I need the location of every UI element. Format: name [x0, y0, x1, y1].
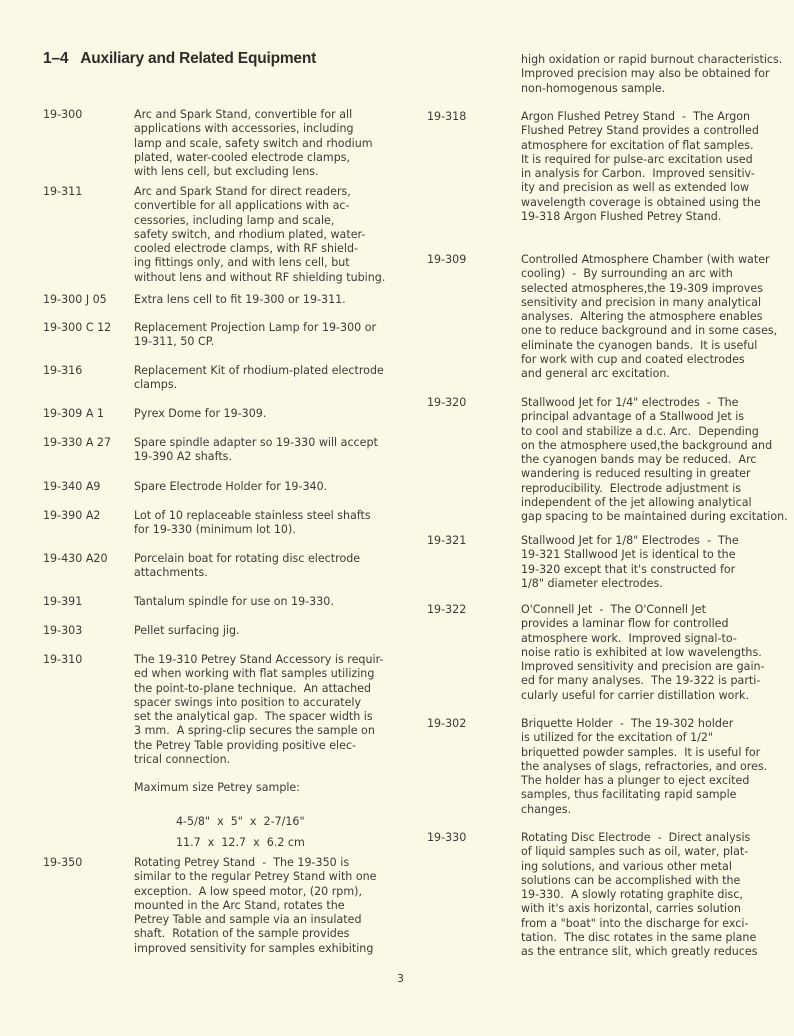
- section-heading: 1–4Auxiliary and Related Equipment: [43, 50, 316, 68]
- sample-size-label: Maximum size Petrey sample:: [134, 781, 300, 795]
- part-description: Spare spindle adapter so 19-330 will acc…: [134, 436, 378, 465]
- part-description: Rotating Disc Electrode - Direct analysi…: [521, 831, 758, 960]
- part-number: 19-330: [427, 831, 466, 845]
- part-number: 19-303: [43, 624, 82, 638]
- part-description: Arc and Spark Stand for direct readers, …: [134, 185, 385, 285]
- part-description: Rotating Petrey Stand - The 19-350 is si…: [134, 856, 377, 956]
- part-description: Stallwood Jet for 1/4" electrodes - The …: [521, 396, 788, 525]
- part-number: 19-311: [43, 185, 82, 199]
- part-description: Controlled Atmosphere Chamber (with wate…: [521, 253, 777, 382]
- part-number: 19-300: [43, 108, 82, 122]
- part-description: Briquette Holder - The 19-302 holder is …: [521, 717, 767, 817]
- part-description: The 19-310 Petrey Stand Accessory is req…: [134, 653, 383, 767]
- page-number: 3: [397, 972, 404, 985]
- part-number: 19-309: [427, 253, 466, 267]
- part-number: 19-330 A 27: [43, 436, 111, 450]
- part-number: 19-309 A 1: [43, 407, 104, 421]
- part-number: 19-322: [427, 603, 466, 617]
- part-number: 19-318: [427, 110, 466, 124]
- section-number: 1–4: [43, 50, 68, 67]
- part-description: Spare Electrode Holder for 19-340.: [134, 480, 327, 494]
- part-description: O'Connell Jet - The O'Connell Jet provid…: [521, 603, 765, 703]
- part-number: 19-300 C 12: [43, 321, 111, 335]
- part-description: Tantalum spindle for use on 19-330.: [134, 595, 334, 609]
- part-description: Arc and Spark Stand, convertible for all…: [134, 108, 373, 179]
- part-number: 19-302: [427, 717, 466, 731]
- section-title: Auxiliary and Related Equipment: [80, 50, 316, 67]
- part-description: high oxidation or rapid burnout characte…: [521, 53, 782, 96]
- part-number: 19-321: [427, 534, 466, 548]
- part-number: 19-340 A9: [43, 480, 100, 494]
- part-description: Argon Flushed Petrey Stand - The Argon F…: [521, 110, 761, 224]
- part-description: Pyrex Dome for 19-309.: [134, 407, 266, 421]
- sample-size-cm: 11.7 x 12.7 x 6.2 cm: [176, 836, 305, 850]
- part-number: 19-430 A20: [43, 552, 108, 566]
- catalog-page: 1–4Auxiliary and Related Equipment 19-30…: [0, 0, 794, 1036]
- part-description: Replacement Projection Lamp for 19-300 o…: [134, 321, 376, 350]
- sample-size-inches: 4-5/8" x 5" x 2-7/16": [176, 815, 305, 829]
- part-description: Stallwood Jet for 1/8" Electrodes - The …: [521, 534, 739, 591]
- part-number: 19-310: [43, 653, 82, 667]
- part-number: 19-300 J 05: [43, 293, 107, 307]
- part-description: Lot of 10 replaceable stainless steel sh…: [134, 509, 371, 538]
- part-number: 19-391: [43, 595, 82, 609]
- part-description: Porcelain boat for rotating disc electro…: [134, 552, 360, 581]
- part-number: 19-320: [427, 396, 466, 410]
- part-description: Replacement Kit of rhodium-plated electr…: [134, 364, 384, 393]
- part-description: Pellet surfacing jig.: [134, 624, 240, 638]
- part-number: 19-316: [43, 364, 82, 378]
- part-description: Extra lens cell to fit 19-300 or 19-311.: [134, 293, 346, 307]
- part-number: 19-350: [43, 856, 82, 870]
- part-number: 19-390 A2: [43, 509, 100, 523]
